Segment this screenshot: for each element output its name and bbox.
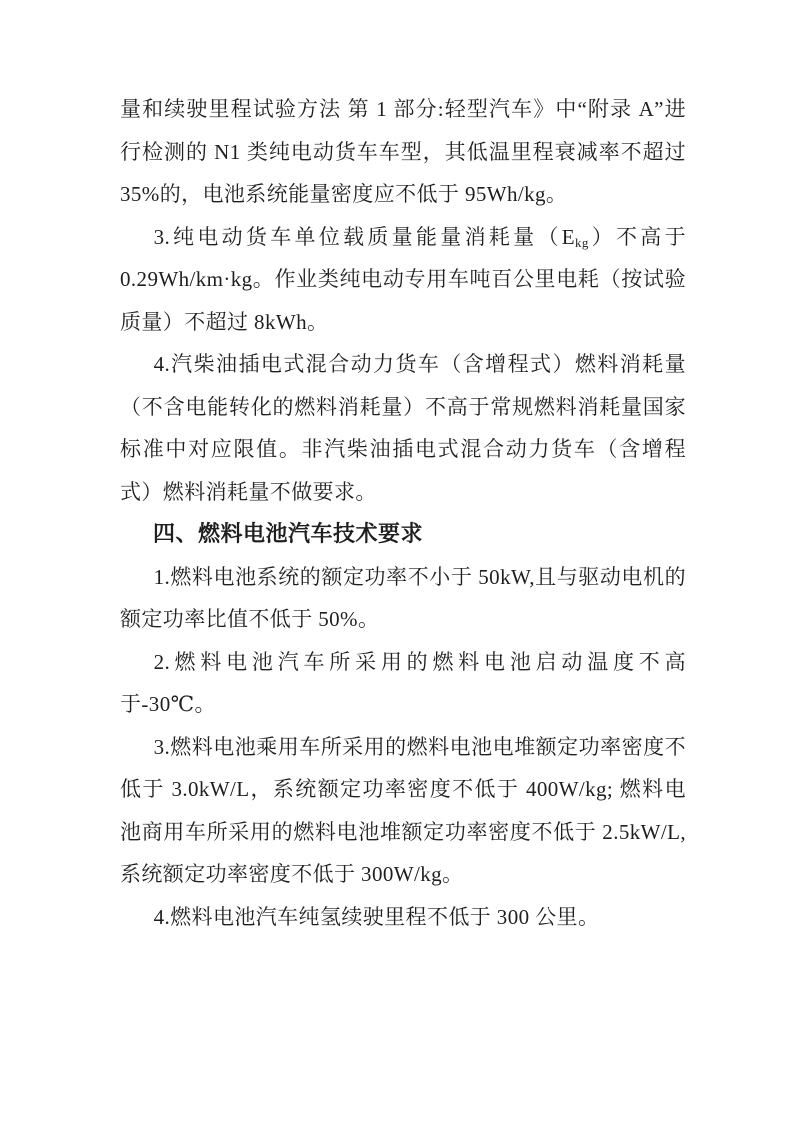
section-heading-fuel-cell-requirements: 四、燃料电池汽车技术要求: [120, 513, 686, 556]
paragraph-ev-truck-item3-text-before-subscript: 3.纯电动货车单位载质量能量消耗量（E: [154, 225, 575, 249]
paragraph-ev-truck-item3: 3.纯电动货车单位载质量能量消耗量（Ekg）不高于 0.29Wh/km·kg。作…: [120, 216, 686, 344]
paragraph-fuel-cell-item4: 4.燃料电池汽车纯氢续驶里程不低于 300 公里。: [120, 896, 686, 939]
document-page: 量和续驶里程试验方法 第 1 部分:轻型汽车》中“附录 A”进行检测的 N1 类…: [0, 0, 800, 1132]
energy-consumption-subscript: kg: [575, 234, 589, 249]
paragraph-fuel-cell-item3: 3.燃料电池乘用车所采用的燃料电池电堆额定功率密度不低于 3.0kW/L，系统额…: [120, 726, 686, 896]
paragraph-fuel-cell-item1: 1.燃料电池系统的额定功率不小于 50kW,且与驱动电机的额定功率比值不低于 5…: [120, 556, 686, 641]
document-content: 量和续驶里程试验方法 第 1 部分:轻型汽车》中“附录 A”进行检测的 N1 类…: [120, 88, 686, 938]
paragraph-fuel-cell-item2: 2.燃料电池汽车所采用的燃料电池启动温度不高于-30℃。: [120, 641, 686, 726]
paragraph-ev-truck-item4: 4.汽柴油插电式混合动力货车（含增程式）燃料消耗量（不含电能转化的燃料消耗量）不…: [120, 343, 686, 513]
paragraph-ev-truck-continuation: 量和续驶里程试验方法 第 1 部分:轻型汽车》中“附录 A”进行检测的 N1 类…: [120, 88, 686, 216]
